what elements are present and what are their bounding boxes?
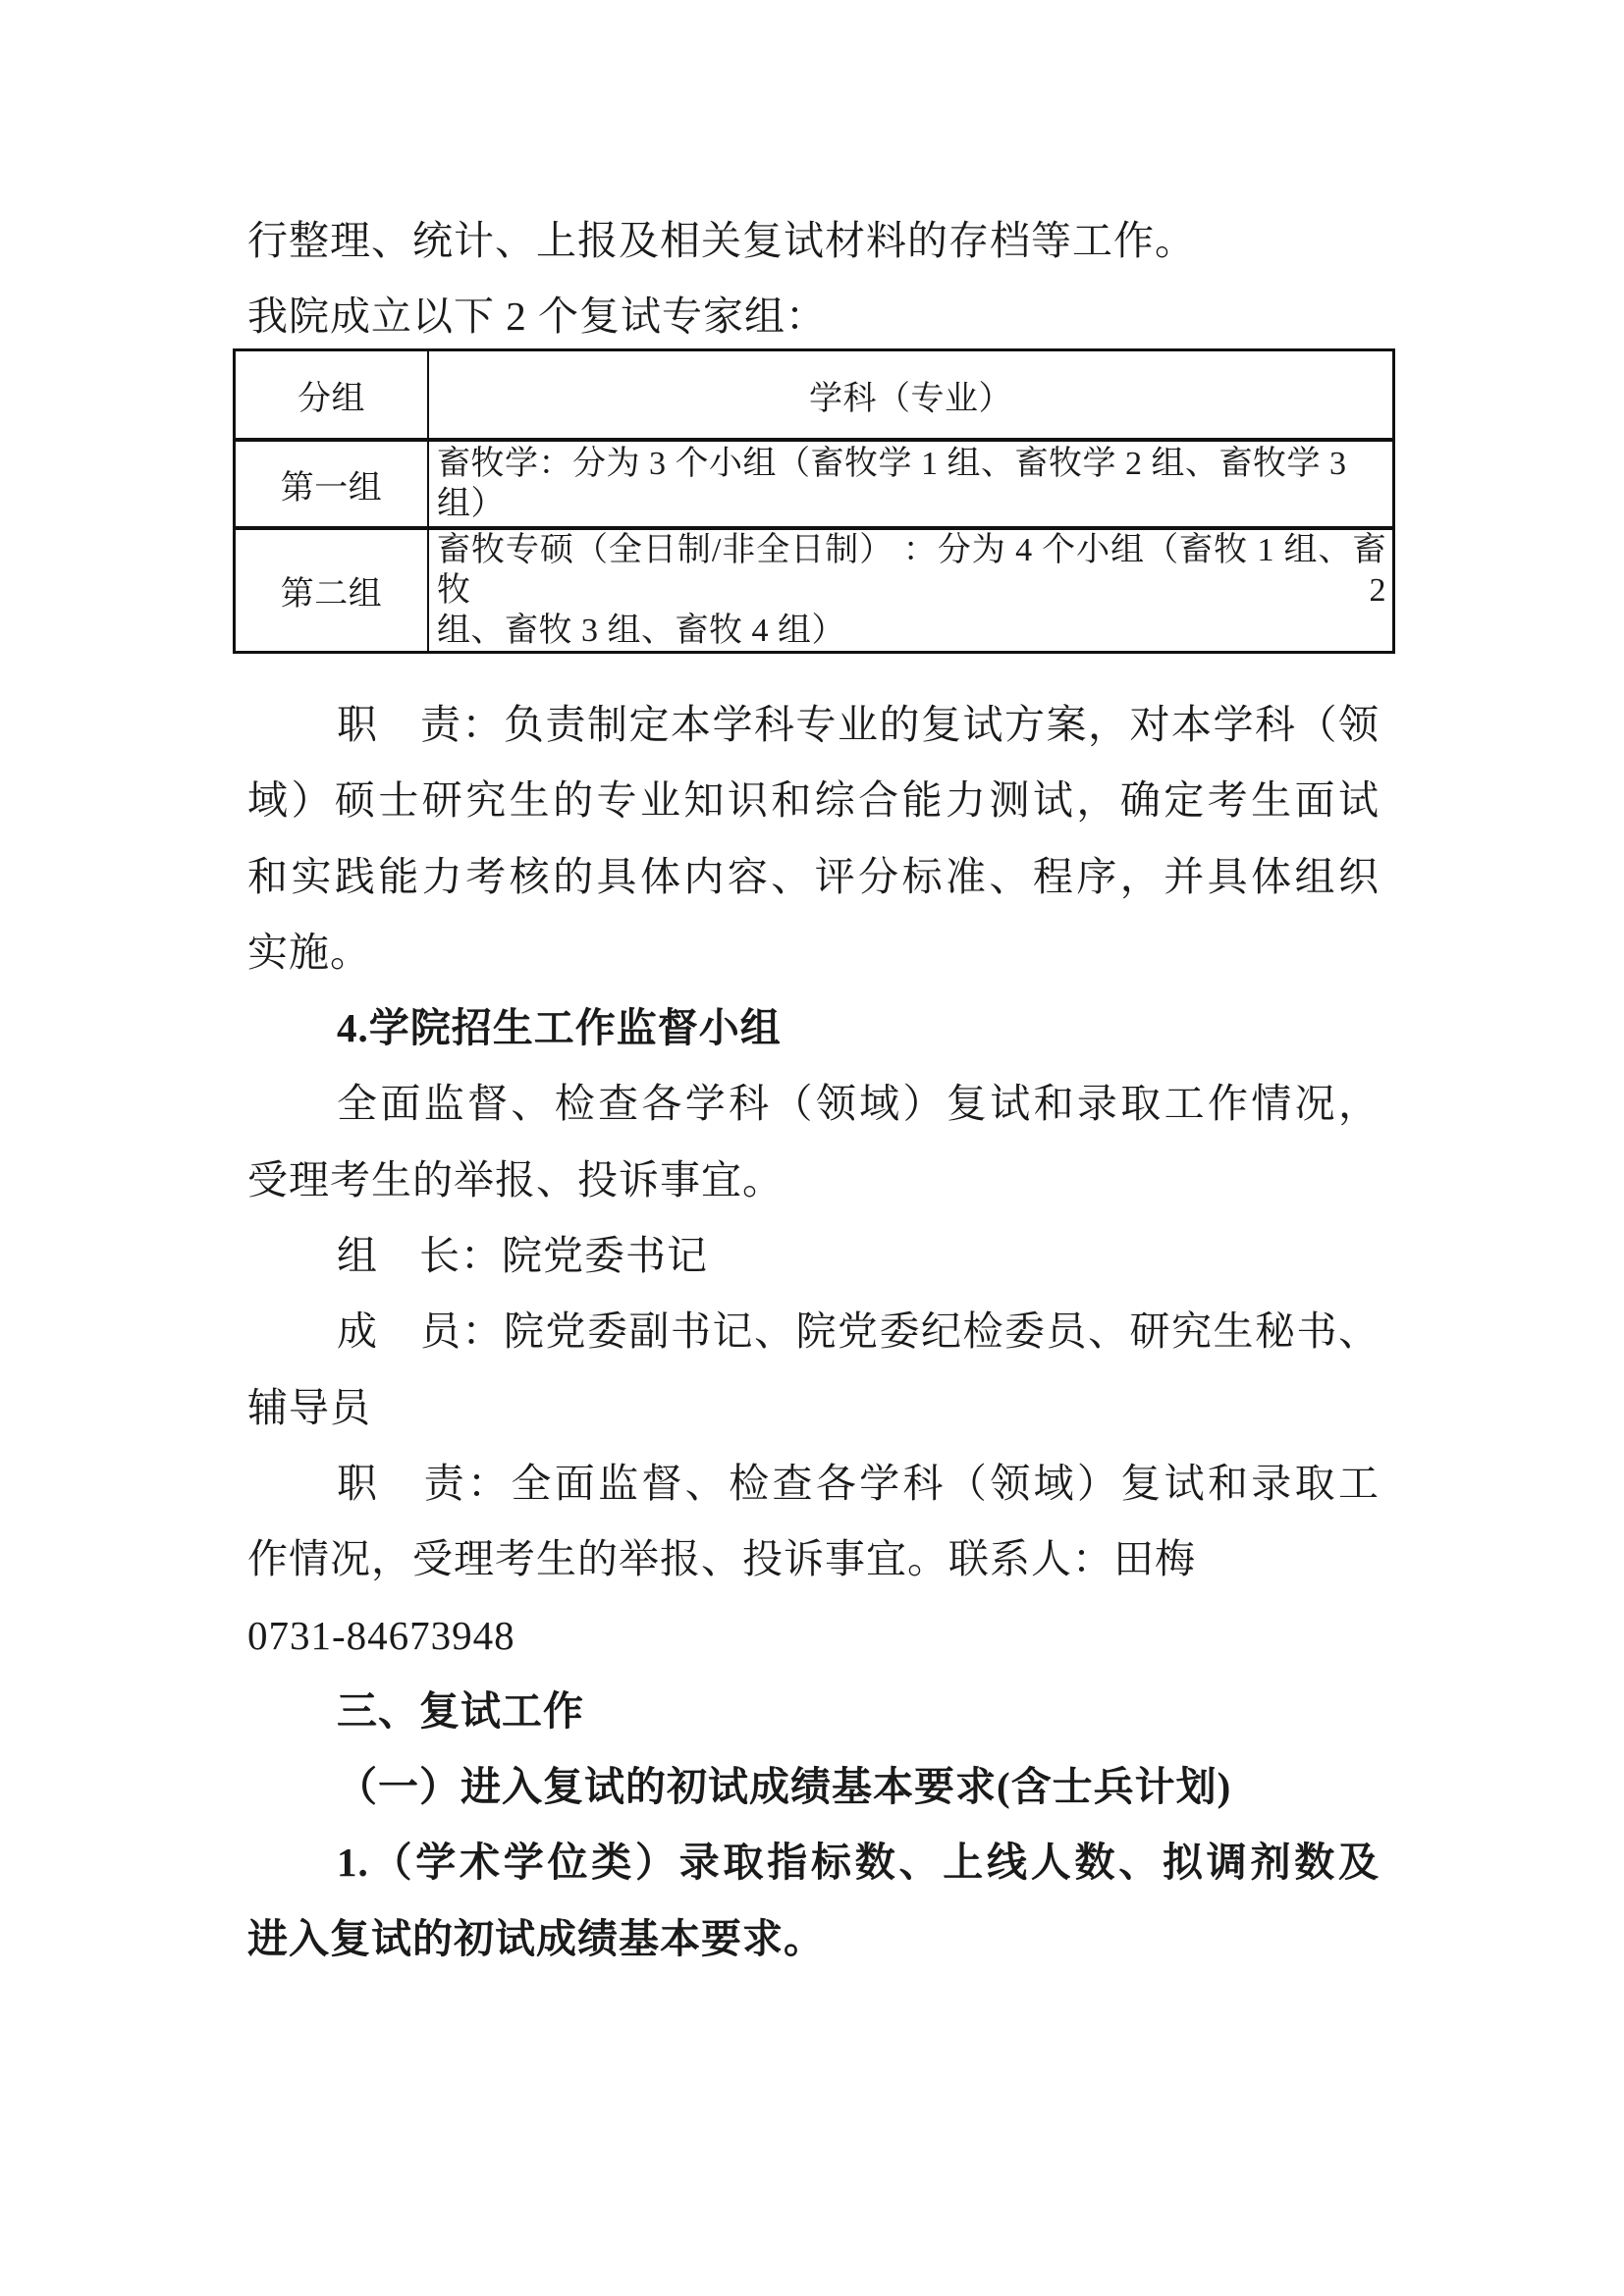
paragraph-line: 成 员：院党委副书记、院党委纪检委员、研究生秘书、 [247,1294,1380,1369]
paragraph-line: 作情况，受理考生的举报、投诉事宜。联系人：田梅 [247,1522,1380,1597]
paragraph-line: 职 责：全面监督、检查各学科（领域）复试和录取工 [247,1446,1380,1522]
paragraph-line: 辅导员 [247,1370,1380,1446]
section-heading: 4.学院招生工作监督小组 [247,990,1380,1066]
paragraph-line: 我院成立以下 2 个复试专家组： [247,279,1380,354]
expert-groups-table: 分组 学科（专业） 第一组 畜牧学：分为 3 个小组（畜牧学 1 组、畜牧学 2… [233,348,1395,654]
section-heading: 进入复试的初试成绩基本要求。 [247,1901,1380,1977]
paragraph-line: 实施。 [247,915,1380,990]
table-cell-subject: 畜牧专硕（全日制/非全日制） ：分为 4 个小组（畜牧 1 组、畜牧 2 组、畜… [428,528,1394,653]
contact-phone: 0731-84673948 [247,1598,1380,1674]
paragraph-line: 全面监督、检查各学科（领域）复试和录取工作情况， [247,1066,1380,1142]
table-cell-group: 第一组 [235,440,429,528]
section-heading: 1.（学术学位类）录取指标数、上线人数、拟调剂数及 [247,1825,1380,1900]
paragraph-line: 域）硕士研究生的专业知识和综合能力测试，确定考生面试 [247,763,1380,838]
document-page: 行整理、统计、上报及相关复试材料的存档等工作。 我院成立以下 2 个复试专家组：… [0,0,1624,2296]
document-body: 行整理、统计、上报及相关复试材料的存档等工作。 我院成立以下 2 个复试专家组：… [247,203,1380,1977]
table-header-subject: 学科（专业） [428,350,1394,441]
table-cell-line: 畜牧专硕（全日制/非全日制） ：分为 4 个小组（畜牧 1 组、畜牧 2 [437,530,1386,611]
table-cell-group: 第二组 [235,528,429,653]
paragraph-line: 职 责：负责制定本学科专业的复试方案，对本学科（领 [247,687,1380,763]
table-header-row: 分组 学科（专业） [235,350,1394,441]
paragraph-line: 组 长：院党委书记 [247,1218,1380,1294]
table-header-group: 分组 [235,350,429,441]
main-text-block: 职 责：负责制定本学科专业的复试方案，对本学科（领 域）硕士研究生的专业知识和综… [247,654,1380,1977]
table-row: 第二组 畜牧专硕（全日制/非全日制） ：分为 4 个小组（畜牧 1 组、畜牧 2… [235,528,1394,653]
table-cell-line: 组、畜牧 3 组、畜牧 4 组） [437,611,1386,651]
section-heading: （一）进入复试的初试成绩基本要求(含士兵计划) [247,1749,1380,1825]
section-heading: 三、复试工作 [247,1674,1380,1749]
table-row: 第一组 畜牧学：分为 3 个小组（畜牧学 1 组、畜牧学 2 组、畜牧学 3 组… [235,440,1394,528]
paragraph-line: 和实践能力考核的具体内容、评分标准、程序，并具体组织 [247,839,1380,915]
paragraph-line: 行整理、统计、上报及相关复试材料的存档等工作。 [247,203,1380,279]
table-cell-line: 畜牧学：分为 3 个小组（畜牧学 1 组、畜牧学 2 组、畜牧学 3 组） [437,444,1386,524]
table-cell-subject: 畜牧学：分为 3 个小组（畜牧学 1 组、畜牧学 2 组、畜牧学 3 组） [428,440,1394,528]
paragraph-line: 受理考生的举报、投诉事宜。 [247,1143,1380,1218]
